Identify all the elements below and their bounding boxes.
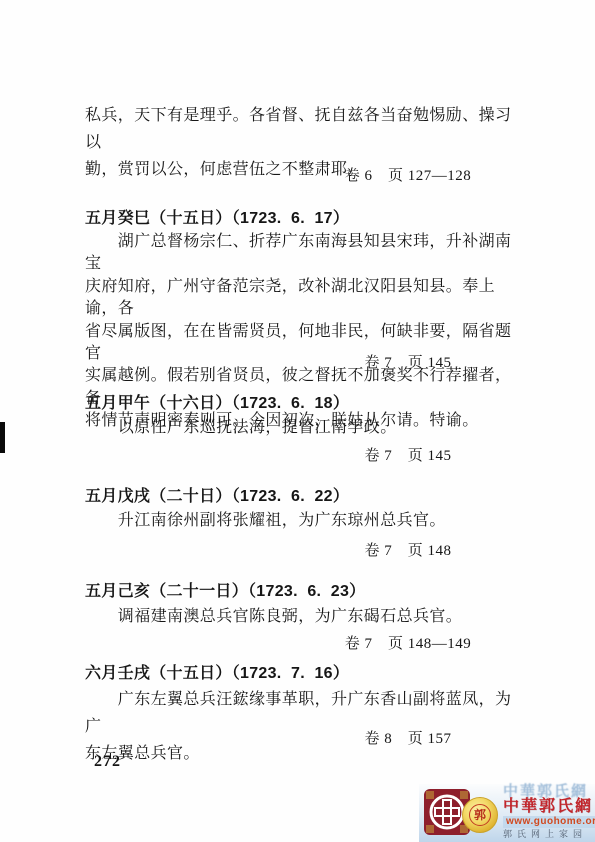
scanned-page: 私兵，天下有是理乎。各省督、抚自兹各当奋勉惕励、操习以 勤，赏罚以公，何虑营伍之… (0, 0, 595, 842)
entry-paragraph: 调福建南澳总兵官陈良弼，为广东碣石总兵官。 (85, 603, 517, 630)
source-reference: 卷 7 页 148—149 (215, 634, 595, 654)
coin-character: 郭 (469, 804, 491, 826)
entry-heading-date: 五月己亥（二十一日）（1723. 6. 23） (85, 582, 525, 602)
entry-heading-date: 五月癸巳（十五日）（1723. 6. 17） (85, 209, 525, 229)
page-number: 272 (94, 753, 121, 771)
entry-heading-date: 五月戊戌（二十日）（1723. 6. 22） (85, 487, 525, 507)
entry-heading-date: 六月壬戌（十五日）（1723. 7. 16） (85, 664, 525, 684)
source-reference: 卷 7 页 145 (215, 353, 595, 373)
scan-edge-artifact (0, 422, 5, 453)
source-reference: 卷 7 页 145 (215, 446, 595, 466)
watermark-tagline: 郭氏网上家园 (503, 829, 587, 840)
source-reference: 卷 7 页 148 (215, 541, 595, 561)
source-reference: 卷 8 页 157 (215, 729, 595, 749)
entry-paragraph: 广东左翼总兵汪鋐缘事革职，升广东香山副将蓝凤，为广 东左翼总兵官。 (85, 686, 517, 767)
entry-paragraph: 升江南徐州副将张耀祖，为广东琼州总兵官。 (85, 507, 517, 534)
entry-heading-date: 五月甲午（十六日）（1723. 6. 18） (85, 394, 525, 414)
watermark-url: www.guohome.org (503, 816, 595, 828)
gold-coin-seal-icon: 郭 (462, 797, 498, 833)
entry-paragraph: 以原任广东巡抚法海，提督江南学政。 (85, 414, 517, 441)
source-reference: 卷 6 页 127—128 (215, 166, 595, 186)
site-watermark: 郭 中華郭氏網 中華郭氏網 www.guohome.org 郭氏网上家园 (419, 784, 595, 842)
watermark-brand-text: 中華郭氏網 (503, 798, 593, 815)
